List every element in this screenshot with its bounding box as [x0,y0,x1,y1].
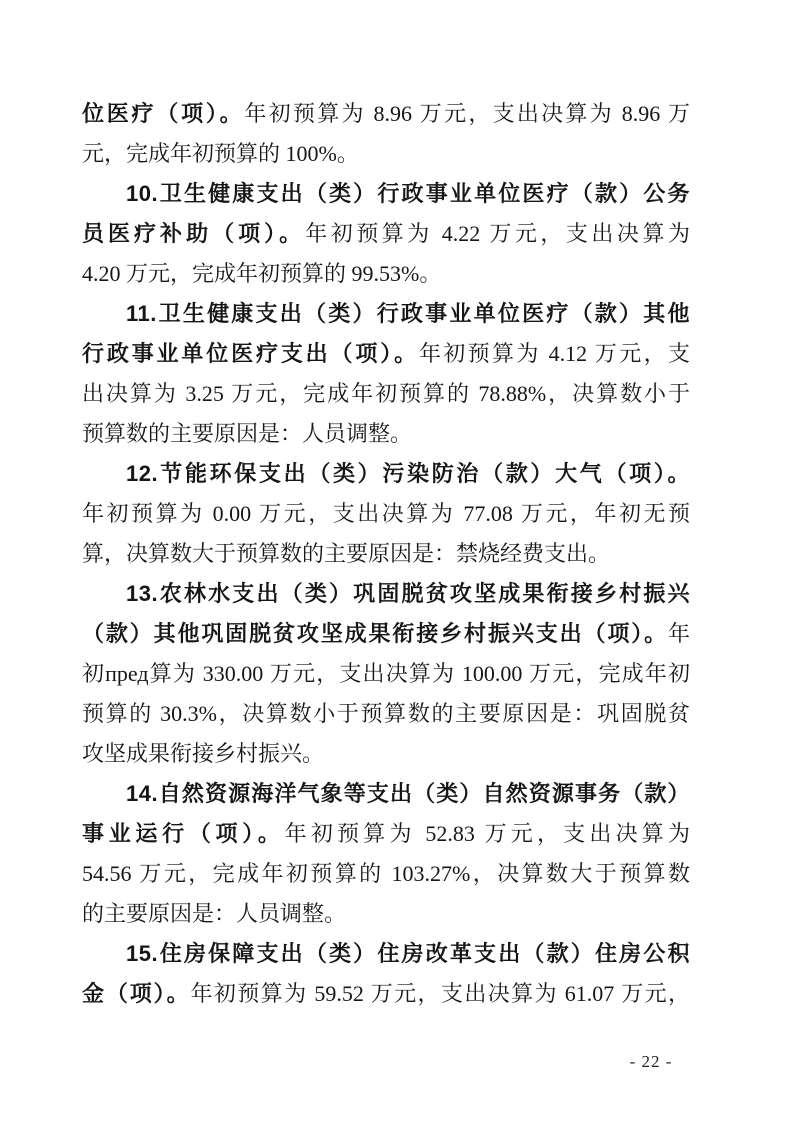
line-bold-segment: 位医疗（项）。 [82,101,244,126]
line-bold-segment: 14.自然资源海洋气象等支出（类）自然资源事务（款） [126,781,690,806]
line-text-segment: 预算数的主要原因是：人员调整。 [82,421,412,446]
text-line: 行政事业单位医疗支出（项）。年初预算为 4.12 万元，支 [82,334,690,374]
line-bold-segment: 员医疗补助（项）。 [82,221,305,246]
document-page: 位医疗（项）。年初预算为 8.96 万元，支出决算为 8.96 万 元，完成年初… [82,94,690,1014]
text-line: 出决算为 3.25 万元，完成年初预算的 78.88%，决算数小于 [82,374,690,414]
line-text-segment: 算，决算数大于预算数的主要原因是：禁烧经费支出。 [82,541,610,566]
text-line: 员医疗补助（项）。年初预算为 4.22 万元，支出决算为 [82,214,690,254]
text-line: 元，完成年初预算的 100%。 [82,134,690,174]
line-bold-segment: 11.卫生健康支出（类）行政事业单位医疗（款）其他 [126,301,690,326]
line-text-segment: 年初预算为 52.83 万元，支出决算为 [285,821,690,846]
line-bold-segment: 15.住房保障支出（类）住房改革支出（款）住房公积 [126,941,690,966]
line-text-segment: 元，完成年初预算的 100%。 [82,141,359,166]
line-text-segment: 年初预算为 4.12 万元，支 [419,341,690,366]
line-bold-segment: 金（项）。 [82,981,190,1006]
text-line: 事业运行（项）。年初预算为 52.83 万元，支出决算为 [82,814,690,854]
line-text-segment: 年初预算为 59.52 万元，支出决算为 61.07 万元， [190,981,690,1006]
page-number: - 22 - [596,1052,706,1072]
line-text-segment: 预算的 30.3%，决算数小于预算数的主要原因是：巩固脱贫 [82,701,690,726]
text-line: 12.节能环保支出（类）污染防治（款）大气（项）。 [82,454,690,494]
line-text-segment: 54.56 万元，完成年初预算的 103.27%，决算数大于预算数 [82,861,690,886]
text-line: 14.自然资源海洋气象等支出（类）自然资源事务（款） [82,774,690,814]
text-line: 年初预算为 0.00 万元，支出决算为 77.08 万元，年初无预 [82,494,690,534]
line-text-segment: 初пред算为 330.00 万元，支出决算为 100.00 万元，完成年初 [82,661,690,686]
line-text-segment: 年初预算为 8.96 万元，支出决算为 8.96 万 [244,101,690,126]
text-line: 13.农林水支出（类）巩固脱贫攻坚成果衔接乡村振兴 [82,574,690,614]
text-line: 11.卫生健康支出（类）行政事业单位医疗（款）其他 [82,294,690,334]
line-bold-segment: 行政事业单位医疗支出（项）。 [82,341,419,366]
line-bold-segment: 12.节能环保支出（类）污染防治（款）大气（项）。 [126,461,690,486]
line-bold-segment: 事业运行（项）。 [82,821,285,846]
line-text-segment: 出决算为 3.25 万元，完成年初预算的 78.88%，决算数小于 [82,381,690,406]
text-line: 初пред算为 330.00 万元，支出决算为 100.00 万元，完成年初 [82,654,690,694]
text-line: 10.卫生健康支出（类）行政事业单位医疗（款）公务 [82,174,690,214]
line-text-segment: 年 [668,621,690,646]
line-text-segment: 4.20 万元，完成年初预算的 99.53%。 [82,261,441,286]
text-line: 算，决算数大于预算数的主要原因是：禁烧经费支出。 [82,534,690,574]
line-text-segment: 年初预算为 0.00 万元，支出决算为 77.08 万元，年初无预 [82,501,690,526]
text-line: 54.56 万元，完成年初预算的 103.27%，决算数大于预算数 [82,854,690,894]
line-text-segment: 的主要原因是：人员调整。 [82,901,346,926]
text-line: 15.住房保障支出（类）住房改革支出（款）住房公积 [82,934,690,974]
text-line: 4.20 万元，完成年初预算的 99.53%。 [82,254,690,294]
line-bold-segment: （款）其他巩固脱贫攻坚成果衔接乡村振兴支出（项）。 [82,621,668,646]
line-bold-segment: 13.农林水支出（类）巩固脱贫攻坚成果衔接乡村振兴 [126,581,690,606]
text-line: （款）其他巩固脱贫攻坚成果衔接乡村振兴支出（项）。年 [82,614,690,654]
line-text-segment: 年初预算为 4.22 万元，支出决算为 [305,221,690,246]
text-line: 攻坚成果衔接乡村振兴。 [82,734,690,774]
text-line: 的主要原因是：人员调整。 [82,894,690,934]
line-text-segment: 攻坚成果衔接乡村振兴。 [82,741,324,766]
line-bold-segment: 10.卫生健康支出（类）行政事业单位医疗（款）公务 [126,181,690,206]
text-line: 金（项）。年初预算为 59.52 万元，支出决算为 61.07 万元， [82,974,690,1014]
text-line: 位医疗（项）。年初预算为 8.96 万元，支出决算为 8.96 万 [82,94,690,134]
text-line: 预算的 30.3%，决算数小于预算数的主要原因是：巩固脱贫 [82,694,690,734]
text-line: 预算数的主要原因是：人员调整。 [82,414,690,454]
